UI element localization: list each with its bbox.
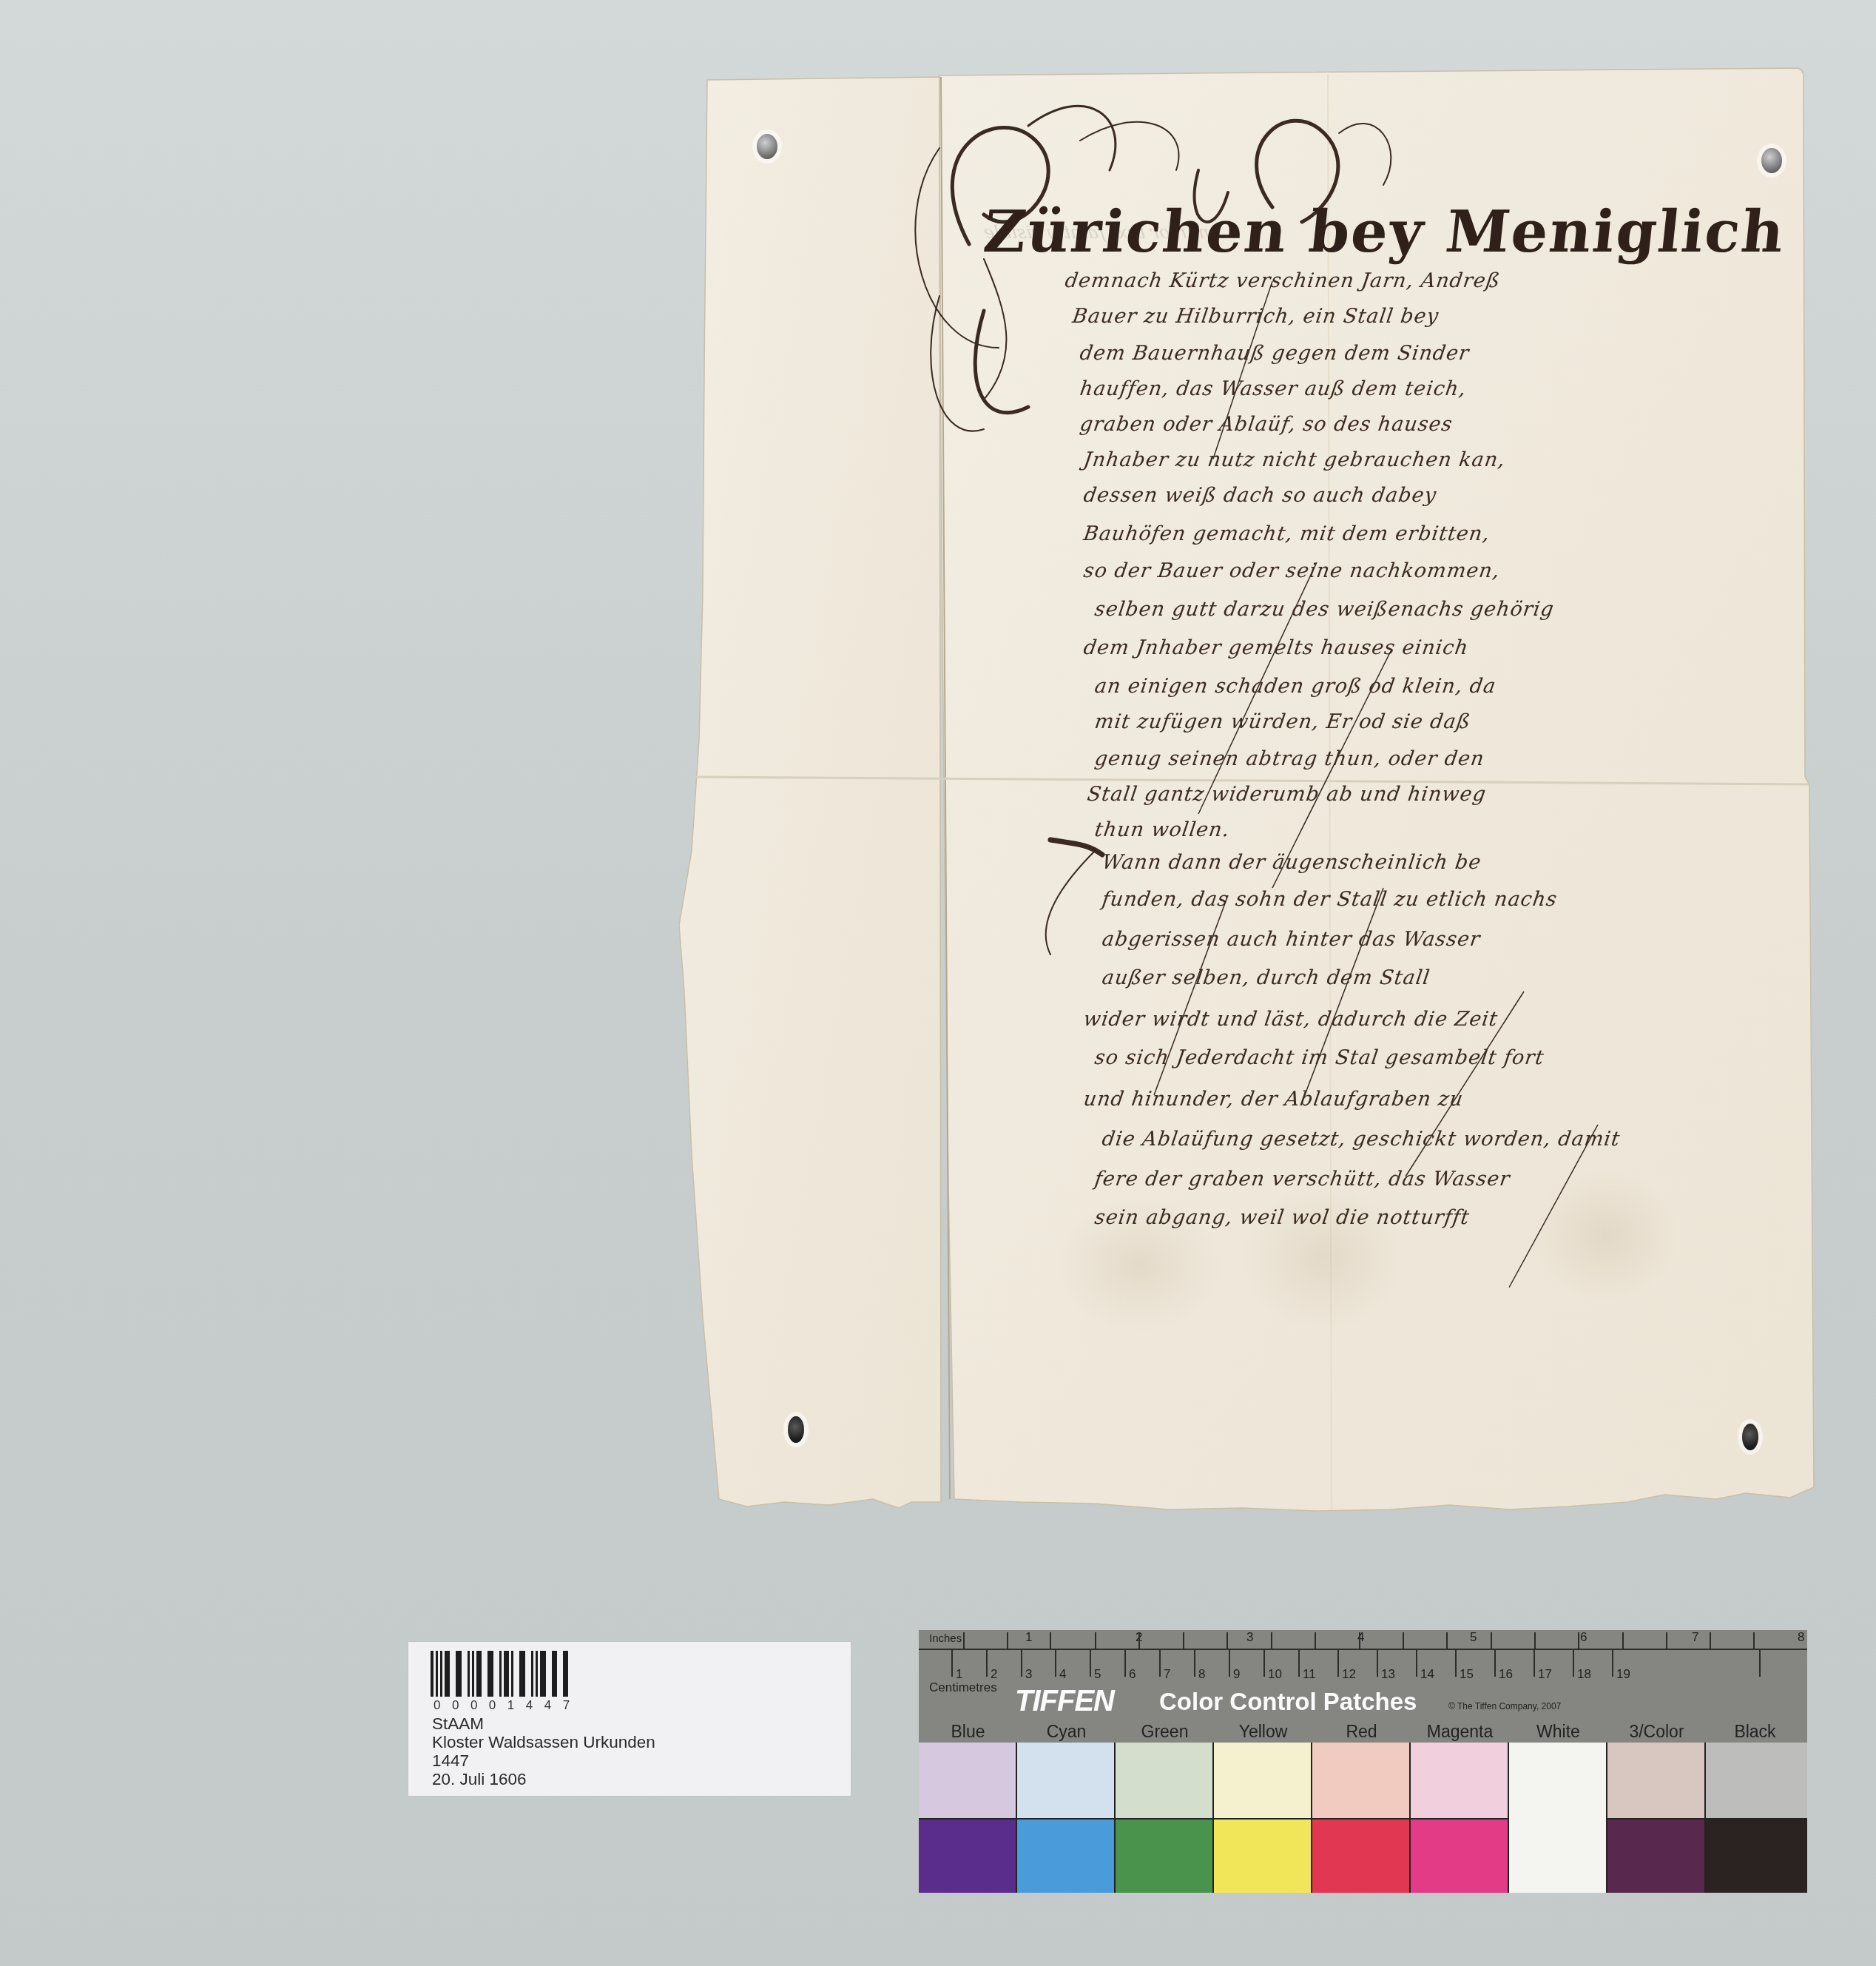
manuscript-line: hauffen, das Wasser auß dem teich, <box>1079 377 1468 400</box>
manuscript-line: Jnhaber zu nutz nicht gebrauchen kan, <box>1082 448 1507 471</box>
cm-mark: 14 <box>1420 1667 1434 1682</box>
patch-label-yellow: Yellow <box>1214 1722 1312 1742</box>
mounting-pin-top-left <box>757 134 777 159</box>
mounting-pin-top-right <box>1761 148 1782 173</box>
manuscript-line: die Ablaüfung gesetzt, geschickt worden,… <box>1101 1128 1622 1151</box>
patch-magenta-light <box>1411 1743 1509 1818</box>
patch-yellow-dark <box>1214 1818 1312 1893</box>
manuscript-line: thun wollen. <box>1093 818 1232 841</box>
manuscript-sheet: mirror text faintly visible Zürichen bey… <box>0 0 1876 1554</box>
cm-mark: 16 <box>1499 1667 1513 1682</box>
patch-black-light <box>1706 1743 1807 1818</box>
patch-white <box>1509 1743 1607 1893</box>
cm-mark: 18 <box>1577 1667 1591 1682</box>
mounting-pin-bottom-left <box>788 1416 804 1443</box>
manuscript-line: genug seinen abtrag thun, oder den <box>1093 747 1486 770</box>
inch-mark: 5 <box>1470 1630 1477 1645</box>
manuscript-line: an einigen schaden groß od klein, da <box>1093 675 1498 698</box>
patch-red-dark <box>1312 1818 1411 1893</box>
cm-mark: 1 <box>956 1667 962 1682</box>
patch-green-light <box>1116 1743 1214 1818</box>
patch-green-dark <box>1116 1818 1214 1893</box>
patch-blue-dark <box>919 1818 1017 1893</box>
manuscript-line: Stall gantz widerumb ab und hinweg <box>1086 783 1488 806</box>
centimetres-label: Centimetres <box>929 1680 997 1695</box>
patch-label-magenta: Magenta <box>1411 1722 1509 1742</box>
manuscript-line: selben gutt darzu des weißenachs gehörig <box>1093 598 1556 621</box>
manuscript-line: so der Bauer oder seine nachkommen, <box>1082 559 1502 582</box>
cm-mark: 6 <box>1129 1667 1136 1682</box>
cm-mark: 3 <box>1025 1667 1032 1682</box>
barcode <box>431 1651 568 1697</box>
inch-mark: 6 <box>1580 1630 1587 1645</box>
patch-cyan-dark <box>1017 1818 1116 1893</box>
patch-cyan-light <box>1017 1743 1116 1818</box>
archive-label: 00001447 StAAM Kloster Waldsassen Urkund… <box>408 1642 851 1796</box>
patch-label-green: Green <box>1116 1722 1214 1742</box>
cm-mark: 10 <box>1268 1667 1282 1682</box>
barcode-number: 00001447 <box>433 1698 581 1713</box>
patch-label-white: White <box>1509 1722 1607 1742</box>
patch-label-red: Red <box>1312 1722 1411 1742</box>
manuscript-line: und hinunder, der Ablaufgraben zu <box>1082 1088 1465 1111</box>
tiffen-logo: TIFFEN <box>1015 1685 1114 1718</box>
cm-mark: 13 <box>1381 1667 1395 1682</box>
cm-mark: 11 <box>1303 1667 1316 1682</box>
chart-header: Inches 1 2 3 4 5 6 7 8 <box>919 1630 1807 1743</box>
manuscript-line: dessen weiß dach so auch dabey <box>1082 484 1438 507</box>
cm-mark: 15 <box>1460 1667 1474 1682</box>
cm-mark: 17 <box>1538 1667 1552 1682</box>
inch-mark: 3 <box>1246 1630 1253 1645</box>
color-control-chart: Inches 1 2 3 4 5 6 7 8 <box>919 1630 1807 1893</box>
patch-label-blue: Blue <box>919 1722 1017 1742</box>
label-date: 20. Juli 1606 <box>432 1770 655 1788</box>
patch-label-3color: 3/Color <box>1607 1722 1706 1742</box>
manuscript-line: sein abgang, weil wol die notturfft <box>1093 1206 1471 1229</box>
manuscript-line: mit zufügen würden, Er od sie daß <box>1093 710 1472 733</box>
patch-3color-dark <box>1607 1818 1706 1893</box>
manuscript-line: Wann dann der äugenscheinlich be <box>1101 851 1483 874</box>
chart-copyright: © The Tiffen Company, 2007 <box>1448 1701 1561 1711</box>
manuscript-line: demnach Kürtz verschinen Jarn, Andreß <box>1064 269 1502 292</box>
patch-yellow-light <box>1214 1743 1312 1818</box>
manuscript-line: funden, das sohn der Stall zu etlich nac… <box>1101 888 1559 911</box>
patch-red-light <box>1312 1743 1411 1818</box>
cm-mark: 7 <box>1164 1667 1170 1682</box>
manuscript-line: dem Bauernhauß gegen dem Sinder <box>1079 342 1471 365</box>
patch-magenta-dark <box>1411 1818 1509 1893</box>
cm-mark: 9 <box>1233 1667 1240 1682</box>
inches-label: Inches <box>929 1632 962 1645</box>
manuscript-line: dem Jnhaber gemelts hauses einich <box>1082 636 1470 659</box>
patch-3color-light <box>1607 1743 1706 1818</box>
chart-title: Color Control Patches <box>1159 1688 1417 1716</box>
patch-blue-light <box>919 1743 1017 1818</box>
cm-mark: 19 <box>1616 1667 1630 1682</box>
cm-mark: 2 <box>991 1667 997 1682</box>
manuscript-line: so sich Jederdacht im Stal gesambelt for… <box>1093 1046 1546 1069</box>
manuscript-title: Zürichen bey Meniglich <box>980 198 1789 266</box>
patch-label-black: Black <box>1706 1722 1804 1742</box>
manuscript-line: Bauer zu Hilburrich, ein Stall bey <box>1071 305 1440 328</box>
manuscript-line: außer selben, durch dem Stall <box>1101 966 1431 989</box>
inch-mark: 1 <box>1025 1630 1032 1645</box>
cm-mark: 8 <box>1198 1667 1205 1682</box>
label-archive: StAAM <box>432 1714 655 1733</box>
ruler-line <box>919 1649 1807 1650</box>
manuscript-line: wider wirdt und läst, dadurch die Zeit <box>1082 1008 1499 1031</box>
manuscript-line: Bauhöfen gemacht, mit dem erbitten, <box>1082 522 1491 545</box>
mounting-pin-bottom-right <box>1742 1424 1758 1450</box>
manuscript-line: graben oder Ablaüf, so des hauses <box>1079 413 1454 436</box>
inch-mark: 8 <box>1798 1630 1804 1645</box>
label-collection: Kloster Waldsassen Urkunden <box>432 1733 655 1751</box>
patch-label-cyan: Cyan <box>1017 1722 1116 1742</box>
manuscript-line: abgerissen auch hinter das Wasser <box>1101 928 1482 951</box>
inch-mark: 7 <box>1692 1630 1698 1645</box>
cm-mark: 12 <box>1342 1667 1356 1682</box>
patch-black-dark <box>1706 1818 1807 1893</box>
manuscript-line: fere der graben verschütt, das Wasser <box>1093 1168 1512 1191</box>
label-number: 1447 <box>432 1751 655 1770</box>
cm-mark: 5 <box>1094 1667 1101 1682</box>
cm-mark: 4 <box>1059 1667 1066 1682</box>
